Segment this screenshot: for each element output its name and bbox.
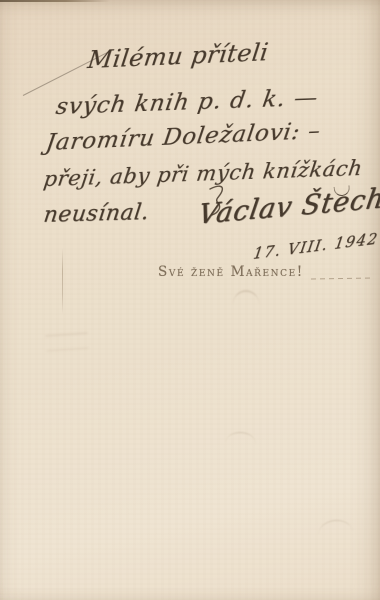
handwritten-line-4: přeji, aby při mých knížkách <box>42 156 364 191</box>
faint-dotted-rule <box>311 277 373 279</box>
show-through-mark <box>317 518 352 534</box>
handwritten-line-5: neusínal. <box>42 200 151 228</box>
handwritten-line-1: Milému příteli <box>86 38 270 74</box>
handwritten-signature: Václav Štech <box>196 183 380 231</box>
show-through-mark <box>226 431 257 444</box>
scanned-dedication-page: Milému příteli svých knih p. d. k. — Jar… <box>0 0 380 600</box>
show-through-mark <box>45 333 88 352</box>
printed-dedication: Své ženě Mařence! <box>158 264 304 280</box>
scan-edge-shadow <box>0 0 110 2</box>
show-through-mark <box>233 290 259 304</box>
handwritten-line-2: svých knih p. d. k. — <box>54 85 320 120</box>
paper-crease <box>62 248 63 314</box>
handwritten-date: 17. VIII. 1942 <box>252 229 380 263</box>
handwritten-line-3: Jaromíru Doležalovi: – <box>44 118 323 156</box>
